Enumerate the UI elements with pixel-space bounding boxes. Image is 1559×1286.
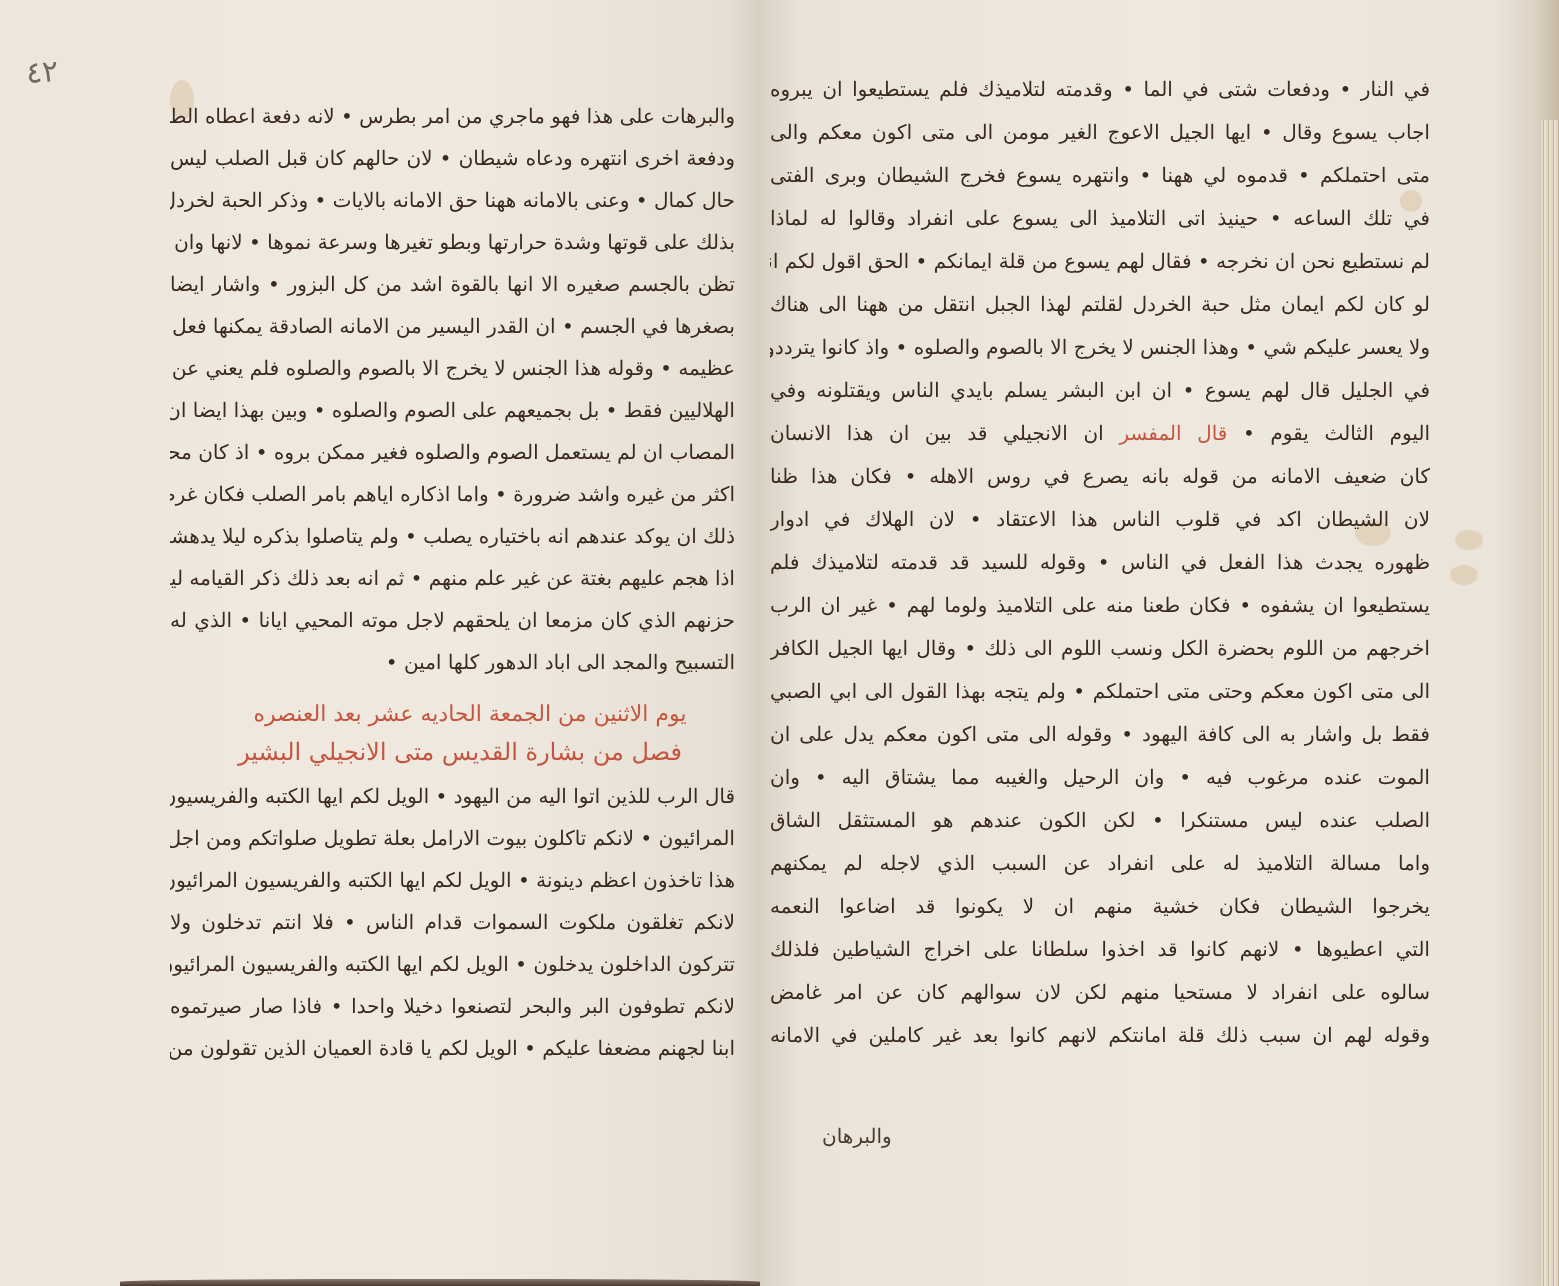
- text-line: قال الرب للذين اتوا اليه من اليهود • الو…: [170, 775, 735, 817]
- rubric-commentator-label: قال المفسر: [1119, 421, 1227, 445]
- rubric-heading-day: يوم الاثنين من الجمعة الحاديه عشر بعد ال…: [240, 702, 700, 727]
- text-line: لانكم تطوفون البر والبحر لتصنعوا دخيلا و…: [170, 985, 735, 1027]
- text-line: الهلاليين فقط • بل بجميعهم على الصوم وال…: [170, 389, 735, 431]
- text-line: في الجليل قال لهم يسوع • ان ابن البشر يس…: [770, 369, 1430, 412]
- text-segment: اليوم الثالث يقوم •: [1243, 421, 1430, 445]
- text-line: عظيمه • وقوله هذا الجنس لا يخرج الا بالص…: [170, 347, 735, 389]
- left-page: ٤٢ والبرهات على هذا فهو ماجري من امر بطر…: [0, 0, 760, 1286]
- text-line: بصغرها في الجسم • ان القدر اليسير من الا…: [170, 305, 735, 347]
- text-line: واما مسالة التلاميذ له على انفراد عن الس…: [770, 842, 1430, 885]
- text-line: الصلب عنده ليس مستنكرا • لكن الكون عندهم…: [770, 799, 1430, 842]
- text-line: والبرهات على هذا فهو ماجري من امر بطرس •…: [170, 95, 735, 137]
- text-line: هذا تاخذون اعظم دينونة • الويل لكم ايها …: [170, 859, 735, 901]
- text-line: متى احتملكم • قدموه لي ههنا • وانتهره يس…: [770, 154, 1430, 197]
- text-line: اخرجهم من اللوم بحضرة الكل ونسب اللوم ال…: [770, 627, 1430, 670]
- text-line: المرائيون • لانكم تاكلون بيوت الارامل بع…: [170, 817, 735, 859]
- text-line: وقوله لهم ان سبب ذلك قلة امانتكم لانهم ك…: [770, 1014, 1430, 1057]
- folio-number: ٤٢: [25, 54, 60, 91]
- text-line: لم نستطيع نحن ان نخرجه • فقال لهم يسوع م…: [770, 240, 1430, 283]
- left-text-bottom: قال الرب للذين اتوا اليه من اليهود • الو…: [170, 775, 735, 1069]
- stain: [1450, 565, 1478, 585]
- text-line: لانكم تغلقون ملكوت السموات قدام الناس • …: [170, 901, 735, 943]
- text-line: حزنهم الذي كان مزمعا ان يلحقهم لاجل موته…: [170, 599, 735, 641]
- text-line: في النار • ودفعات شتى في الما • وقدمته ل…: [770, 68, 1430, 111]
- stain: [1455, 530, 1483, 550]
- text-segment: ان الانجيلي قد بين ان هذا الانسان: [770, 421, 1104, 445]
- text-line: التي اعطيوها • لانهم كانوا قد اخذوا سلطا…: [770, 928, 1430, 971]
- text-line: يستطيعوا ان يشفوه • فكان طعنا منه على ال…: [770, 584, 1430, 627]
- book-bottom-edge: [120, 1279, 760, 1286]
- text-line: اكثر من غيره واشد ضرورة • واما اذكاره اي…: [170, 473, 735, 515]
- text-line: اذا هجم عليهم بغتة عن غير علم منهم • ثم …: [170, 557, 735, 599]
- text-line: ابنا لجهنم مضعفا عليكم • الويل لكم يا قا…: [170, 1027, 735, 1069]
- text-line: الى متى اكون معكم وحتى متى احتملكم • ولم…: [770, 670, 1430, 713]
- text-line: ذلك ان يوكد عندهم انه باختياره يصلب • ول…: [170, 515, 735, 557]
- text-line: ظهوره يجدث هذا الفعل في الناس • وقوله لل…: [770, 541, 1430, 584]
- text-line: تتركون الداخلون يدخلون • الويل لكم ايها …: [170, 943, 735, 985]
- page-edges: [1541, 120, 1559, 1286]
- text-line-with-rubric: اليوم الثالث يقوم • قال المفسر ان الانجي…: [770, 412, 1430, 455]
- right-text: في النار • ودفعات شتى في الما • وقدمته ل…: [770, 68, 1430, 1057]
- text-line: سالوه على انفراد لا مستحيا منهم لكن لان …: [770, 971, 1430, 1014]
- right-page: في النار • ودفعات شتى في الما • وقدمته ل…: [760, 0, 1559, 1286]
- text-line: في تلك الساعه • حينيذ اتى التلاميذ الى ي…: [770, 197, 1430, 240]
- text-line: فقط بل واشار به الى كافة اليهود • وقوله …: [770, 713, 1430, 756]
- left-text-top: والبرهات على هذا فهو ماجري من امر بطرس •…: [170, 95, 735, 683]
- text-line: اجاب يسوع وقال • ايها الجيل الاعوج الغير…: [770, 111, 1430, 154]
- text-line: حال كمال • وعنى بالامانه ههنا حق الامانه…: [170, 179, 735, 221]
- catchword: والبرهان: [822, 1124, 892, 1148]
- text-line: الموت عنده مرغوب فيه • وان الرحيل والغيب…: [770, 756, 1430, 799]
- text-line: لو كان لكم ايمان مثل حبة الخردل لقلتم له…: [770, 283, 1430, 326]
- text-line: المصاب ان لم يستعمل الصوم والصلوه فغير م…: [170, 431, 735, 473]
- manuscript-spread: ٤٢ والبرهات على هذا فهو ماجري من امر بطر…: [0, 0, 1559, 1286]
- text-line: بذلك على قوتها وشدة حرارتها وبطو تغيرها …: [170, 221, 735, 263]
- text-line: ولا يعسر عليكم شي • وهذا الجنس لا يخرج ا…: [770, 326, 1430, 369]
- text-line: التسبيح والمجد الى اباد الدهور كلها امين…: [170, 641, 735, 683]
- text-line: تظن بالجسم صغيره الا انها بالقوة اشد من …: [170, 263, 735, 305]
- rubric-heading-gospel: فصل من بشارة القديس متى الانجيلي البشير: [205, 738, 715, 766]
- text-line: لان الشيطان اكد في قلوب الناس هذا الاعتق…: [770, 498, 1430, 541]
- text-line: يخرجوا الشيطان فكان خشية منهم ان لا يكون…: [770, 885, 1430, 928]
- text-line: ودفعة اخرى انتهره ودعاه شيطان • لان حاله…: [170, 137, 735, 179]
- text-line: كان ضعيف الامانه من قوله بانه يصرع في رو…: [770, 455, 1430, 498]
